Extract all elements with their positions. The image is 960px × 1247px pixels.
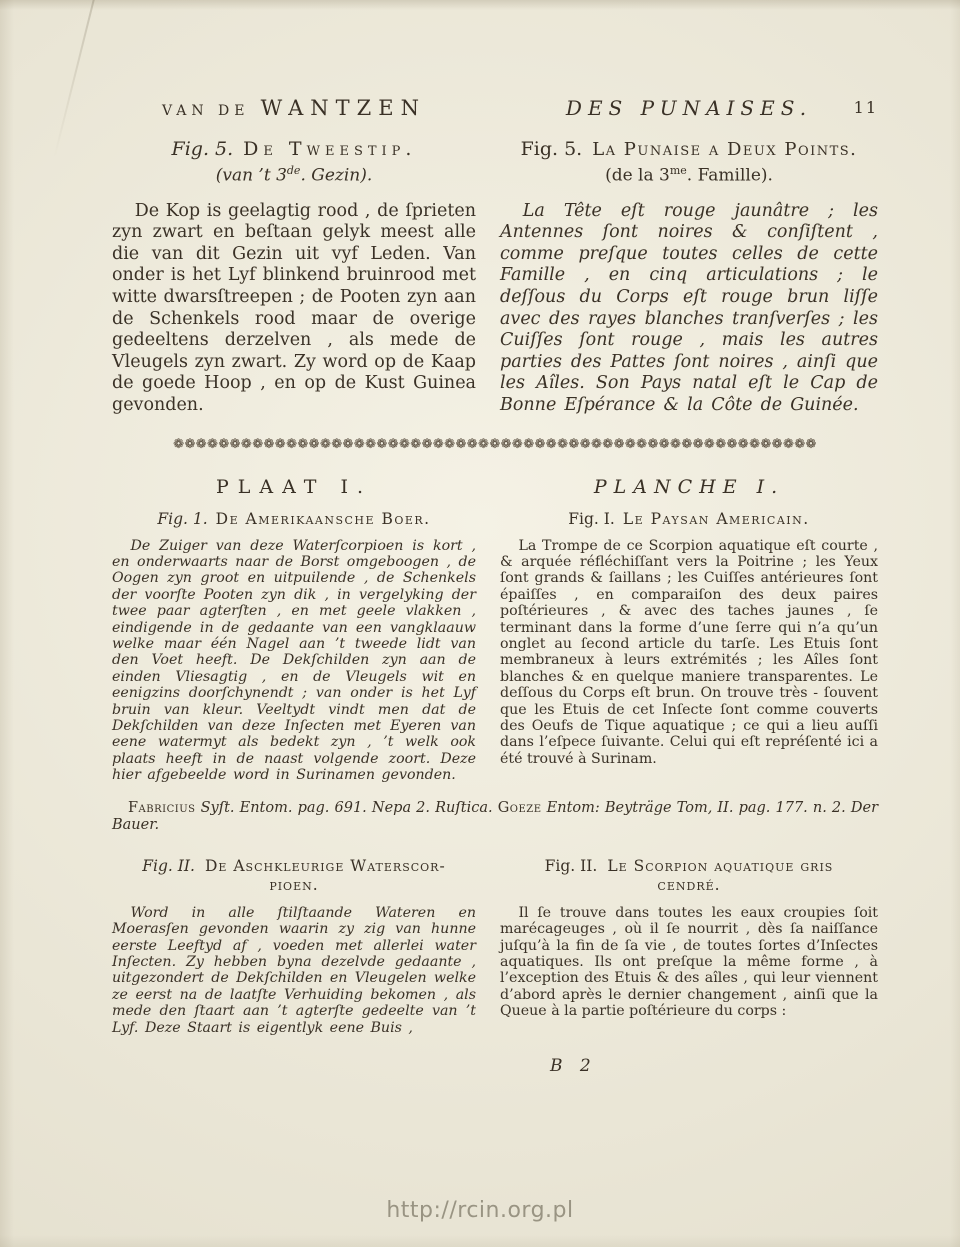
fig2-prefix-dutch: Fig. II.	[142, 857, 195, 875]
running-head-dutch-prefix: VAN DE	[162, 103, 249, 119]
fig5-subheading-french: (de la 3me. Famille).	[500, 164, 878, 186]
fig1-prefix-dutch: Fig. 1.	[157, 510, 207, 528]
fig2-heading-french: Fig. II.Le Scorpion aquatique gris cendr…	[500, 857, 878, 895]
book-page-scan: VAN DE WANTZEN DES PUNAISES. 11 Fig. 5.D…	[0, 0, 960, 1247]
fig5-sub-pre-french: (de la 3	[605, 166, 670, 186]
fig5-sub-sup-dutch: de	[287, 164, 301, 177]
signature-mark: B 2	[550, 1056, 878, 1076]
bibliographic-reference: Fabricius Syſt. Entom. pag. 691. Nepa 2.…	[112, 800, 878, 835]
running-head-dutch-title: WANTZEN	[261, 96, 426, 120]
fig5-subheading-dutch: (van ’t 3de. Gezin).	[112, 164, 476, 186]
fig1-prefix-french: Fig. I.	[568, 510, 615, 528]
running-head-french: DES PUNAISES. 11	[500, 96, 878, 122]
fig1-heading-french: Fig. I.Le Paysan Americain.	[500, 510, 878, 528]
fig5-prefix-dutch: Fig. 5.	[172, 138, 234, 160]
page-number: 11	[854, 98, 878, 117]
fig5-heading-french: Fig. 5.La Punaise a Deux Points.	[500, 138, 878, 160]
plate-heading-dutch: PLAAT I.	[112, 476, 476, 498]
fig2-heading-dutch: Fig. II.De Aschkleurige Waterscor- pioen…	[112, 857, 476, 895]
fig1-heading-dutch: Fig. 1.De Amerikaansche Boer.	[112, 510, 476, 528]
fig1-title-french: Le Paysan Americain.	[623, 510, 810, 528]
fig5-body-french: La Tête eſt rouge jaunâtre ; les Antenne…	[500, 201, 878, 417]
fig1-body-dutch: De Zuiger van deze Waterſcorpioen is kor…	[112, 538, 476, 784]
ornament-divider: ❁❁❁❁❁❁❁❁❁❁❁❁❁❁❁❁❁❁❁❁❁❁❁❁❁❁❁❁❁❁❁❁❁❁❁❁❁❁❁❁…	[112, 437, 878, 452]
fig5-title-dutch: De Tweestip.	[243, 138, 416, 160]
fig2-body-dutch: Word in alle ſtilſtaande Wateren en Moer…	[112, 905, 476, 1036]
fig5-prefix-french: Fig. 5.	[521, 138, 583, 160]
reference-author-fabricius: Fabricius	[128, 800, 196, 816]
running-head-french-title: DES PUNAISES.	[566, 96, 812, 120]
fig2-title-french-line1: Le Scorpion aquatique gris	[607, 857, 833, 875]
reference-segment-1: Syſt. Entom. pag. 691. Nepa 2. Ruſtica.	[196, 800, 498, 816]
fig2-title-dutch-line2: pioen.	[269, 876, 318, 894]
running-head-dutch: VAN DE WANTZEN	[112, 96, 476, 122]
fig5-sub-post-dutch: . Gezin).	[300, 166, 372, 186]
fig5-title-french: La Punaise a Deux Points.	[592, 139, 857, 160]
fig2-prefix-french: Fig. II.	[545, 857, 598, 875]
repository-watermark-url: http://rcin.org.pl	[0, 1198, 960, 1223]
fig2-title-dutch-line1: De Aschkleurige Waterscor-	[205, 857, 446, 875]
reference-author-goeze: Goeze	[498, 800, 542, 816]
fig1-title-dutch: De Amerikaansche Boer.	[216, 510, 431, 528]
fig1-body-french: La Trompe de ce Scorpion aquatique eſt c…	[500, 538, 878, 768]
fig5-sub-post-french: . Famille).	[687, 166, 773, 186]
fig2-title-french-line2: cendré.	[657, 876, 720, 894]
fig5-sub-sup-french: me	[670, 164, 687, 177]
fig5-heading-dutch: Fig. 5.De Tweestip.	[112, 138, 476, 160]
fig5-sub-pre-dutch: (van ’t 3	[216, 166, 287, 186]
fig2-body-french: Il ſe trouve dans toutes les eaux croupi…	[500, 905, 878, 1020]
fig5-body-dutch: De Kop is geelagtig rood , de ſprieten z…	[112, 201, 476, 417]
plate-heading-french: PLANCHE I.	[500, 476, 878, 498]
